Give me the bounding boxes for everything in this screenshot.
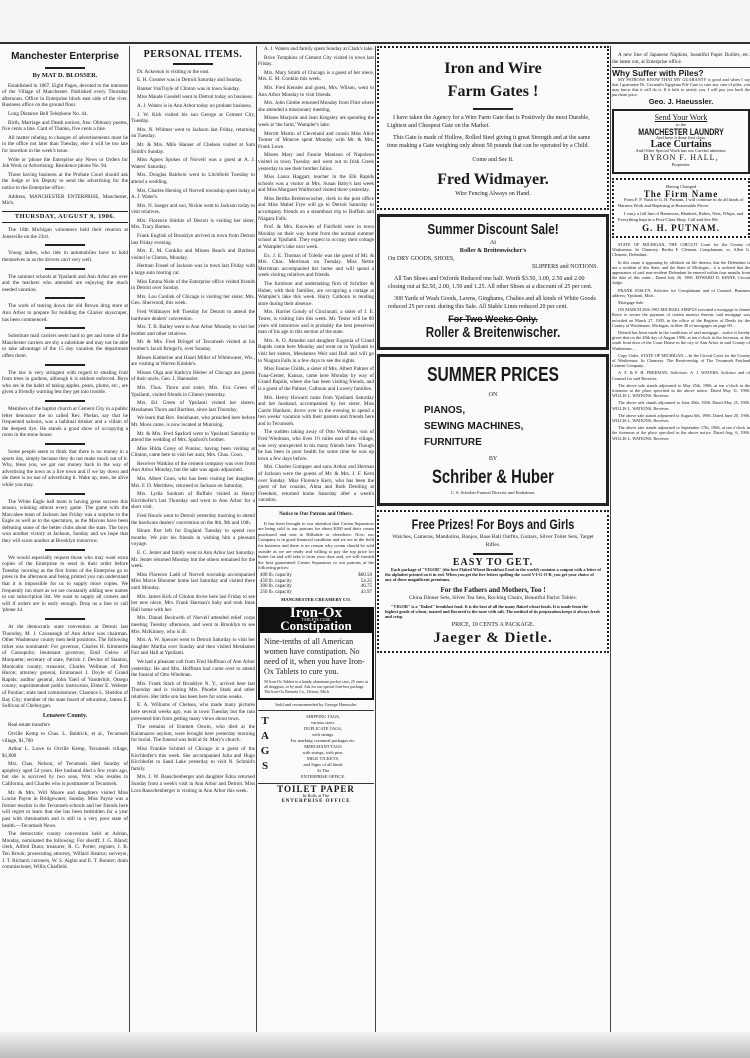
jaeger-parents-items: China Dinner Sets, Silver Tea Sets, Rock… — [385, 594, 601, 602]
jaeger-ad: Free Prizes! For Boys and Girls Watches,… — [377, 510, 609, 653]
legal-notice: ON MARCH 29th 1905 MICHAEL SERFUS execut… — [612, 307, 750, 328]
widmayer-body-1: I have taken the Agency for a Wire Farm … — [387, 114, 599, 130]
masthead-info-line: Long Distance Bell Telephone No. 44. — [2, 111, 128, 118]
roller-title: Summer Discount Sale! — [411, 221, 575, 239]
local-item: Merritt Martin of Cleveland and cousin M… — [258, 131, 374, 151]
legal-notices: STATE OF MICHIGAN, THE CIRCUIT Court for… — [612, 242, 750, 441]
personal-item: Mrs. Ed. Green of Ypsilanti visited her … — [131, 400, 255, 413]
divider — [473, 553, 513, 555]
lenawee-item: Orville Kemp to Chas. L. Baldrick, et al… — [2, 731, 128, 744]
widmayer-tagline: Wire Fencing Always on Hand. — [387, 190, 599, 198]
tags-letter: G — [258, 744, 272, 759]
divider — [173, 63, 213, 65]
divider — [45, 493, 85, 495]
widmayer-title-1: Iron and Wire — [387, 58, 599, 80]
personal-item: Mrs. Thos. Thorn and sister, Mrs. Eva Gr… — [131, 385, 255, 398]
personal-items-list: Dr. Ackerson is visiting in the east.E. … — [131, 69, 255, 795]
legal-notice: The above sale stands adjourned to Augus… — [612, 413, 750, 423]
masthead-byline: By MAT D. BLOSSER. — [2, 73, 128, 80]
roller-name: Roller & Breitenwischer. — [411, 323, 575, 343]
capacity-label: 250 lb. capacity — [258, 590, 336, 596]
ironox-body-text: Nine-tenths of all American women have c… — [264, 637, 368, 677]
roller-body-1: All Tan Shoes and Oxfords Reduced one ha… — [388, 275, 598, 291]
laundry-role: Proprietor. — [618, 162, 744, 169]
lenawee-item: The democratic county convention held at… — [2, 831, 128, 871]
napkins-notice: A new line of Japanese Napkins, beautifu… — [612, 52, 750, 65]
local-item: Mrs. Harriet Goudy of Cincinnati, a sist… — [258, 309, 374, 335]
laundry-ad: Send Your Work to the MANCHESTER LAUNDRY… — [612, 109, 750, 174]
tags-letter: A — [258, 729, 272, 744]
local-item: Mrs. Henry Howard came from Ypsilanti Sa… — [258, 395, 374, 428]
divider — [45, 268, 85, 270]
divider — [45, 400, 85, 402]
news-brief: Young ladies, who ride in automobiles ha… — [2, 250, 128, 263]
personal-item: Mrs. Daniel Beckwith of Norvell attended… — [131, 615, 255, 635]
tags-letter: S — [258, 759, 272, 774]
masthead-info-line: Birth, Marriage and Death notices, free.… — [2, 120, 128, 133]
toilet-paper-ad: TOILET PAPER In Rolls at The ENTERPRISE … — [258, 783, 374, 806]
ironox-banner: Iron-Ox TABLETS CURE Constipation — [258, 607, 374, 633]
column-4: Iron and Wire Farm Gates ! I have taken … — [377, 46, 609, 1032]
personal-item: J. W. Kirk visited his son George at Cem… — [131, 112, 255, 125]
masthead-info-line: Write or 'phone the Enterprise any News … — [2, 157, 128, 170]
putnam-ad: Having Changed The Firm Name From F. F. … — [612, 178, 750, 238]
toilet-paper-title: TOILET PAPER — [258, 786, 374, 793]
local-item: Miss Laura Haggart, teacher in the Elk R… — [258, 174, 374, 194]
roller-line-2: SLIPPERS and NOTIONS. — [388, 263, 598, 271]
schriber-item: FURNITURE — [424, 435, 598, 451]
masthead-info-line: Address, MANCHESTER ENTERPRISE, Manchest… — [2, 194, 128, 207]
local-item: Mrs. Charles Gumpper and sons Arthur and… — [258, 464, 374, 504]
column-1: Manchester Enterprise By MAT D. BLOSSER.… — [2, 46, 128, 1032]
personal-item: Frank English of Brooklyn arrived in tow… — [131, 233, 255, 246]
divider — [45, 364, 85, 366]
legal-notice: A. F. & F. H. FREEMAN, Solicitors. A. J.… — [612, 370, 750, 380]
personal-item: Mrs. N. Saeger and son, Nickie went to J… — [131, 203, 255, 216]
legal-notice: The above sale stands adjourned to June … — [612, 400, 750, 410]
personal-item: Miss Agnes Spokes of Norvell was a guest… — [131, 157, 255, 170]
roller-ad: Summer Discount Sale! At Roller & Breite… — [377, 214, 609, 350]
page-top-margin — [0, 0, 750, 44]
jaeger-title: Free Prizes! For Boys and Girls — [409, 516, 577, 533]
lenawee-items: Real estate transfersOrville Kemp to Cha… — [2, 722, 128, 870]
news-brief: The 18th Michigan volunteers held their … — [2, 227, 128, 240]
column-5: A new line of Japanese Napkins, beautifu… — [612, 46, 750, 1032]
schriber-ad: SUMMER PRICES ON PIANOS,SEWING MACHINES,… — [377, 354, 609, 506]
lenawee-heading: Lenawee County. — [2, 713, 128, 720]
widmayer-body-2: This Gate is made of Hollow, Rolled Stee… — [387, 134, 599, 150]
divider — [45, 244, 85, 246]
personal-item: Mr. & Mrs. Fred Spaford went to Ypsilant… — [131, 431, 255, 444]
personal-item: We had a pleasant call from Fred Hoffman… — [131, 659, 255, 679]
local-item: Misses Marjorie and Jean Kingsley are sp… — [258, 115, 374, 128]
local-item: Misses Mary and Fannie Manison of Napole… — [258, 152, 374, 172]
personal-item: Mrs. Florence Shirkle of Detroit is visi… — [131, 218, 255, 231]
roller-at: At — [388, 239, 598, 247]
tags-letters: TAGS — [258, 714, 272, 780]
personal-item: Miss Emma Nisle of the Enterprise office… — [131, 279, 255, 292]
laundry-owner: BYRON F. HALL, — [618, 155, 744, 162]
roller-body-2: 300 Yards of Wash Goods, Lawns, Ginghams… — [388, 295, 598, 311]
personal-item: Mrs. Lydia Sunham of Buffalo visited at … — [131, 491, 255, 511]
legal-notice: Default has been made in the conditions … — [612, 330, 750, 351]
piles-title: Why Suffer with Piles? — [612, 70, 750, 77]
local-item: Mrs. John Gimbe returned Monday from Fli… — [258, 100, 374, 113]
roller-store: Roller & Breitenwischer's — [388, 247, 598, 255]
schriber-item: PIANOS, — [424, 403, 598, 419]
personal-item: Banker VanTuyle of Clinton was in town S… — [131, 86, 255, 93]
masthead-info-line: All matter relating to changes of advert… — [2, 135, 128, 155]
laundry-name: MANCHESTER LAUNDRY — [632, 129, 730, 136]
personal-item: E. C. Jenter and family went to Ann Arbo… — [131, 550, 255, 570]
ironox-ad: Iron-Ox TABLETS CURE Constipation Nine-t… — [258, 607, 374, 708]
divider — [45, 297, 85, 299]
personal-item: A. J. Waters is in Ann Arbor today on pr… — [131, 103, 255, 110]
schriber-by: BY — [388, 455, 598, 463]
personal-item: Mrs. Douglas Baldwin went to Litchfield … — [131, 172, 255, 185]
jaeger-easy: EASY TO GET. — [385, 559, 601, 567]
news-brief: We would especially request those who ma… — [2, 555, 128, 614]
legal-notice: The above sale stands adjourned to Septe… — [612, 425, 750, 441]
personal-item: Mrs. J. W. Rauschenberger and daughter E… — [131, 774, 255, 794]
personal-items-heading: PERSONAL ITEMS. — [131, 52, 255, 59]
local-item: Miss Bertha Breitenwischer, clerk in the… — [258, 196, 374, 222]
local-item: Ex. J. E. Thomas of Toledo was the guest… — [258, 253, 374, 279]
schriber-items: PIANOS,SEWING MACHINES,FURNITURE — [388, 403, 598, 451]
jaeger-body-2: "VIGOR" is a "flaked" breakfast food. It… — [385, 604, 601, 620]
schriber-title: SUMMER PRICES — [411, 363, 575, 387]
schriber-footer: C. S. Schriber Funeral Director and Emba… — [388, 489, 598, 497]
lenawee-item: Mr. & Mrs. Will Moore and daughters visi… — [2, 790, 128, 830]
schriber-on: ON — [388, 391, 598, 399]
legal-notice: The above sale stands adjourned to May 2… — [612, 383, 750, 399]
masthead-title: Manchester Enterprise — [2, 50, 128, 63]
personal-item: E. H. Gosmer was in Detroit Saturday and… — [131, 77, 255, 84]
news-brief: Members of the baptist church at Cement … — [2, 406, 128, 439]
jaeger-parents: For the Fathers and Mothers, Too ! — [385, 586, 601, 594]
price-value: 43.97 — [336, 590, 374, 596]
column-2: PERSONAL ITEMS. Dr. Ackerson is visiting… — [131, 46, 255, 1032]
masthead-info: Established in 1867. Eight Pages, devote… — [2, 83, 128, 207]
separator-price-table: 400 lb. capacity$60.50450 lb. capacity54… — [258, 573, 374, 595]
personal-item: Mrs. Albert Coon, who has been visiting … — [131, 476, 255, 489]
ironox-brand: Iron-Ox — [261, 610, 371, 617]
local-item: Miss Fannie Childs, a sister of Mrs. Alb… — [258, 366, 374, 392]
lenawee-item: Real estate transfers — [2, 722, 128, 729]
jaeger-price: PRICE, 10 CENTS A PACKAGE. — [385, 621, 601, 629]
divider — [45, 549, 85, 551]
personal-item: Dr. Ackerson is visiting in the east. — [131, 69, 255, 76]
roller-line-1: On DRY GOODS, SHOES, — [388, 255, 598, 263]
column-rule — [129, 46, 130, 1032]
creamery-notice-heading: Notice to Our Patrons and Others. — [258, 512, 374, 518]
personal-item: Herman Fossel of Jackson was in town las… — [131, 263, 255, 276]
piles-name: Geo. J. Haeussler. — [612, 99, 750, 106]
personal-item: Mrs. Frank Stark of Brooklyn N. Y., arri… — [131, 681, 255, 701]
column-rule — [375, 46, 376, 1032]
masthead-info-line: Those having business at the Probate Cou… — [2, 172, 128, 192]
personal-item: Mr. & Mrs. Milo Hauser of Chelsea visite… — [131, 142, 255, 155]
widmayer-name: Fred Widmayer. — [387, 170, 599, 190]
personal-item: Receiver Watkins of the cement company w… — [131, 461, 255, 474]
divider — [45, 443, 85, 445]
lenawee-item: Arthur L. Lowe to Orville Kemp, Tecumseh… — [2, 746, 128, 759]
personal-item: Mrs. Lou Conlisk of Chicago is visiting … — [131, 294, 255, 307]
ironox-headline: Constipation — [261, 623, 371, 630]
column-3: A. J. Waters and family spent Sunday at … — [258, 46, 374, 1032]
legal-notice: FRANK JOSLYN, Solicitor for Complainant … — [612, 288, 750, 298]
local-item: Mrs. Fred Kensler and guest, Mrs. Wilson… — [258, 85, 374, 98]
local-items-list: A. J. Waters and family spent Sunday at … — [258, 46, 374, 504]
column-rule — [256, 46, 257, 1032]
divider — [45, 327, 85, 329]
putnam-title: The Firm Name — [618, 191, 744, 198]
ironox-fineprint: 50 Iron-Ox Tablets in a handy aluminum p… — [264, 679, 368, 694]
schriber-item: SEWING MACHINES, — [424, 419, 598, 435]
schriber-name: Schriber & Huber — [411, 467, 575, 489]
local-briefs: The 18th Michigan volunteers held their … — [2, 227, 128, 709]
ironox-sold-by: Sold and recommended by George Haeussler — [258, 702, 374, 709]
personal-item: Mr. & Mrs. Fred Bringel of Tecumseh visi… — [131, 339, 255, 352]
divider — [473, 108, 513, 110]
news-brief: Substitute mail carriers seem hard to ge… — [2, 333, 128, 359]
toilet-paper-office: ENTERPRISE OFFICE — [258, 799, 374, 806]
creamery-signature: MANCHESTER CREAMERY CO. — [258, 597, 374, 603]
divider — [45, 67, 85, 69]
personal-item: Mrs. T. B. Bailey went to Ann Arbor Mond… — [131, 324, 255, 337]
personal-item: Miss Frankie Schmid of Chicago is a gues… — [131, 746, 255, 772]
local-item: Mrs. A. O. Amsden and daughter Eugenia o… — [258, 338, 374, 364]
personal-item: Mrs. James Kirk of Clinton drove here la… — [131, 594, 255, 614]
personal-item: Mrs. Charles Hersing of Norvell township… — [131, 188, 255, 201]
personal-item: Mrs. A. W. Spencer went to Detroit Satur… — [131, 637, 255, 657]
legal-notice: STATE OF MICHIGAN, THE CIRCUIT Court for… — [612, 242, 750, 258]
personal-item: Mrs. N. Whitner went to Jackson last Fri… — [131, 127, 255, 140]
legal-notice: In this cause it appearing by affidavit … — [612, 260, 750, 286]
jaeger-prizes: Watches, Cameras, Mandolins, Banjos, Bas… — [385, 533, 601, 549]
local-item: The sudden taking away of Otto Wiedman, … — [258, 429, 374, 462]
jaeger-name: Jaeger & Dietle. — [385, 629, 601, 647]
ironox-body: Nine-tenths of all American women have c… — [258, 633, 374, 700]
local-item: Prof. & Mrs. Knowles of Fairfield were i… — [258, 224, 374, 250]
news-brief: The law is very stringent with regard to… — [2, 370, 128, 396]
creamery-notice-body: It has been brought to our attention tha… — [258, 521, 374, 571]
tags-ad: TAGS SHIPPING TAGS,various sizes.DUPLICA… — [258, 710, 374, 780]
laundry-title: Send Your Work — [618, 115, 744, 122]
piles-body: MY PATRONS KNOW THAT MY GUARANTY is good… — [612, 77, 750, 97]
personal-item: E. A. Williams of Chelsea, who made many… — [131, 702, 255, 722]
dateline: THURSDAY, AUGUST 9, 1906. — [2, 211, 128, 224]
news-brief: The White Eagle ball team is having grea… — [2, 499, 128, 545]
price-row: 250 lb. capacity43.97 — [258, 590, 374, 596]
legal-notice: Copy Order. STATE OF MICHIGAN.—In the Ci… — [612, 353, 750, 369]
news-brief: At the democratic state convention at De… — [2, 624, 128, 710]
piles-ad: Why Suffer with Piles? MY PATRONS KNOW T… — [612, 67, 750, 105]
putnam-body-2: I carry a full line of Harnesses, Blanke… — [618, 211, 744, 223]
personal-item: Fred Houck went to Detroit yesterday mor… — [131, 513, 255, 526]
tags-letter: T — [258, 714, 272, 729]
personal-item: Miss Maude Goodell went to Detroit today… — [131, 94, 255, 101]
page-bottom-margin — [0, 1032, 750, 1058]
legal-notice: Mortgage Sale. — [612, 300, 750, 305]
personal-item: Miss Florence Ladd of Norvell township a… — [131, 572, 255, 592]
personal-item: Miss Hilda Corey of Pontiac, having been… — [131, 446, 255, 459]
widmayer-title-2: Farm Gates ! — [387, 80, 599, 104]
masthead-info-line: Established in 1867. Eight Pages, devote… — [2, 83, 128, 109]
widmayer-ad: Iron and Wire Farm Gates ! I have taken … — [377, 46, 609, 210]
personal-item: Mrs. E. M. Conklin and Misses Beach and … — [131, 248, 255, 261]
putnam-name: G. H. PUTNAM. — [618, 225, 744, 232]
personal-item: Misses Katherine and Hazel Miller of Whi… — [131, 355, 255, 368]
news-brief: The summer schools at Ypsilanti and Ann … — [2, 274, 128, 294]
local-item: A. J. Waters and family spent Sunday at … — [258, 46, 374, 53]
personal-item: The remains of Emmett Oswin, who died at… — [131, 724, 255, 744]
column-rule — [610, 46, 611, 1032]
personal-item: Misses Olga and Kathryn Hieber of Chicag… — [131, 370, 255, 383]
newspaper-page: Manchester Enterprise By MAT D. BLOSSER.… — [0, 0, 750, 1058]
creamery-notice: Notice to Our Patrons and Others. It has… — [258, 506, 374, 603]
local-item: Mrs. Mary Smith of Chicago is a guest of… — [258, 70, 374, 83]
widmayer-cta: Come and See It. — [387, 156, 599, 164]
local-item: The furniture and undertaking firm of Sc… — [258, 281, 374, 307]
putnam-body-1: From F. F. Nash to G. H. Putnam, I will … — [618, 197, 744, 209]
news-brief: Some people seem to think that there is … — [2, 449, 128, 489]
personal-item: Fred Widmayer left Tuesday for Detroit t… — [131, 309, 255, 322]
lenawee-item: Mrs. Chas. Nelson, of Tecumseh died Sund… — [2, 761, 128, 787]
local-item: Brice Tompkins of Cement City visited in… — [258, 55, 374, 68]
news-brief: The work of tearing down the old Brown d… — [2, 303, 128, 323]
toilet-paper-sub: In Rolls at The — [258, 793, 374, 800]
laundry-special: Lace Curtains — [618, 142, 744, 149]
personal-item: Hiram Parr left for England Tuesday to s… — [131, 528, 255, 548]
roller-banner: For Two Weeks Only. — [388, 315, 598, 323]
tags-line: ENTERPRISE OFFICE. — [272, 774, 374, 780]
jaeger-body-1: Each package of "VIGOR" (the best Flaked… — [385, 567, 601, 583]
personal-item: We learn that Rev. Steinhauer, who preac… — [131, 415, 255, 428]
tags-lines: SHIPPING TAGS,various sizes.DUPLICATE TA… — [272, 714, 374, 780]
divider — [45, 618, 85, 620]
